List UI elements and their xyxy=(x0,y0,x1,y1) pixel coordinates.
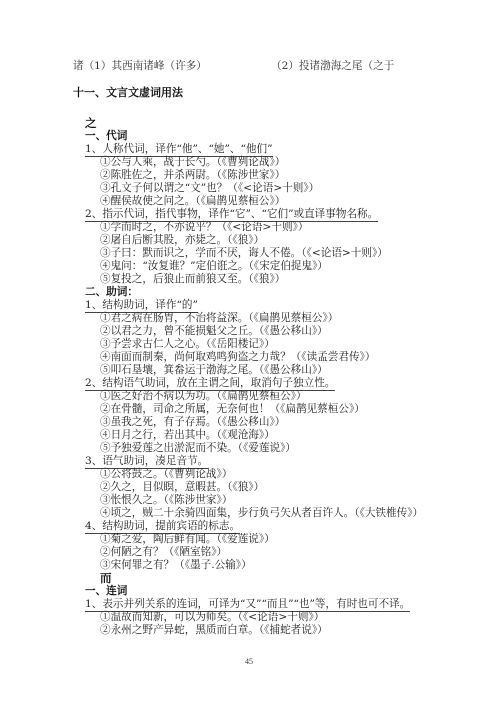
page-number: 45 xyxy=(245,657,253,666)
char-heading-er: 而 xyxy=(100,572,112,585)
example-item: ①公将鼓之。（《曹刿论战》） xyxy=(100,468,232,481)
heading-conjunction: 一、连词 xyxy=(85,585,127,598)
example-item: ⑤叩石垦壤，箕畚运于渤海之尾。（《愚公移山》） xyxy=(100,364,328,377)
subheading-structural-particle: 1、结构助词，译作“的” xyxy=(85,299,198,313)
example-item: ⑤复投之，后狼止而前狼又至。（《狼》） xyxy=(100,273,285,286)
example-item: ①医之好治不病以为功。（《扁鹊见蔡桓公》） xyxy=(100,390,307,403)
example-item: ②在骨髓，司命之所属，无奈何也！（《扁鹊见蔡桓公》） xyxy=(100,403,365,416)
example-item: ④南面而制秦，尚何取鸡鸣狗盗之力哉？（《读孟尝君传》） xyxy=(100,351,375,364)
example-item: ③怅恨久之。（《陈涉世家》） xyxy=(100,494,232,507)
example-item: ①温故而知新，可以为师矣。（《<论语>十则》） xyxy=(100,611,324,624)
example-item: ③宋何罪之有？（《墨子.公输》） xyxy=(100,559,252,572)
section-title: 十一、文言文虚词用法 xyxy=(73,86,183,99)
example-item: ②永州之野产异蛇，黑质而白章。（《捕蛇者说》） xyxy=(100,624,328,637)
example-item: ②久之，目似瞑，意暇甚。（《狼》） xyxy=(100,481,264,494)
example-item: ③子曰：默而识之，学而不厌，诲人不倦。（《<论语>十则》） xyxy=(100,247,388,260)
heading-pronoun: 一、代词 xyxy=(85,130,127,143)
subheading-modal-particle: 3、语气助词，凑足音节。 xyxy=(85,455,208,469)
subheading-object-preposing-marker: 4、结构助词，提前宾语的标志。 xyxy=(85,520,240,534)
top-line-left: 诸（1）其西南诸峰（许多） xyxy=(73,60,207,73)
subheading-personal-pronoun: 1、人称代词，译作“他”、“她”、“他们” xyxy=(85,143,273,157)
example-item: ④日月之行，若出其中。（《观沧海》） xyxy=(100,429,275,442)
example-item: ①公与人乘，战于长勺。（《曹刿论战》） xyxy=(100,156,285,169)
example-item: ④鬼问：“汝复谁？”定伯诳之。（《宋定伯捉鬼》） xyxy=(100,260,328,273)
char-heading-zhi: 之 xyxy=(85,117,97,130)
subheading-structural-modal-particle: 2、结构语气助词，放在主谓之间，取消句子独立性。 xyxy=(85,377,335,391)
example-item: ③孔文子何以谓之“文”也？（《<论语>十则》） xyxy=(100,182,319,195)
document-page: 诸（1）其西南诸峰（许多） （2）投诸渤海之尾（之于 十一、文言文虚词用法 之 … xyxy=(0,0,499,706)
example-item: ④顷之，贼二十余骑四面集，步行负弓矢从者百许人。（《大铁椎传》） xyxy=(100,507,423,520)
example-item: ④醒侯故使之问之。（《扁鹊见蔡桓公》） xyxy=(100,195,285,208)
example-item: ①君之病在肠胃，不治将益深。（《扁鹊见蔡桓公》） xyxy=(100,312,338,325)
example-item: ①学而时之，不亦说乎？（《<论语>十则》） xyxy=(100,221,308,234)
subheading-demonstrative-pronoun: 2、指示代词，指代事物，译作“它”、“它们”或直译事物名称。 xyxy=(85,208,378,222)
top-line-right: （2）投诸渤海之尾（之于 xyxy=(271,60,394,73)
subheading-coordinate-conjunction: 1、表示并列关系的连词，可译为“又”“而且”“也”等，有时也可不译。 xyxy=(85,598,410,612)
example-item: ②屠自后断其股，亦毙之。（《狼》） xyxy=(100,234,264,247)
example-item: ①菊之爱，陶后鲜有闻。（《爱莲说》） xyxy=(100,533,275,546)
example-item: ⑤予独爱莲之出淤泥而不染。（《爱莲说》） xyxy=(100,442,296,455)
example-item: ②陈胜佐之，并杀两尉。（《陈涉世家》） xyxy=(100,169,285,182)
example-item: ③虽我之死，有子存焉。（《愚公移山》） xyxy=(100,416,285,429)
example-item: ②何陋之有？（《陋室铭》） xyxy=(100,546,227,559)
heading-particle: 二、助词： xyxy=(85,286,138,299)
example-item: ②以君之力，曾不能损魁父之丘。（《愚公移山》） xyxy=(100,325,328,338)
example-item: ③予尝求古仁人之心。（《岳阳楼记》） xyxy=(100,338,275,351)
